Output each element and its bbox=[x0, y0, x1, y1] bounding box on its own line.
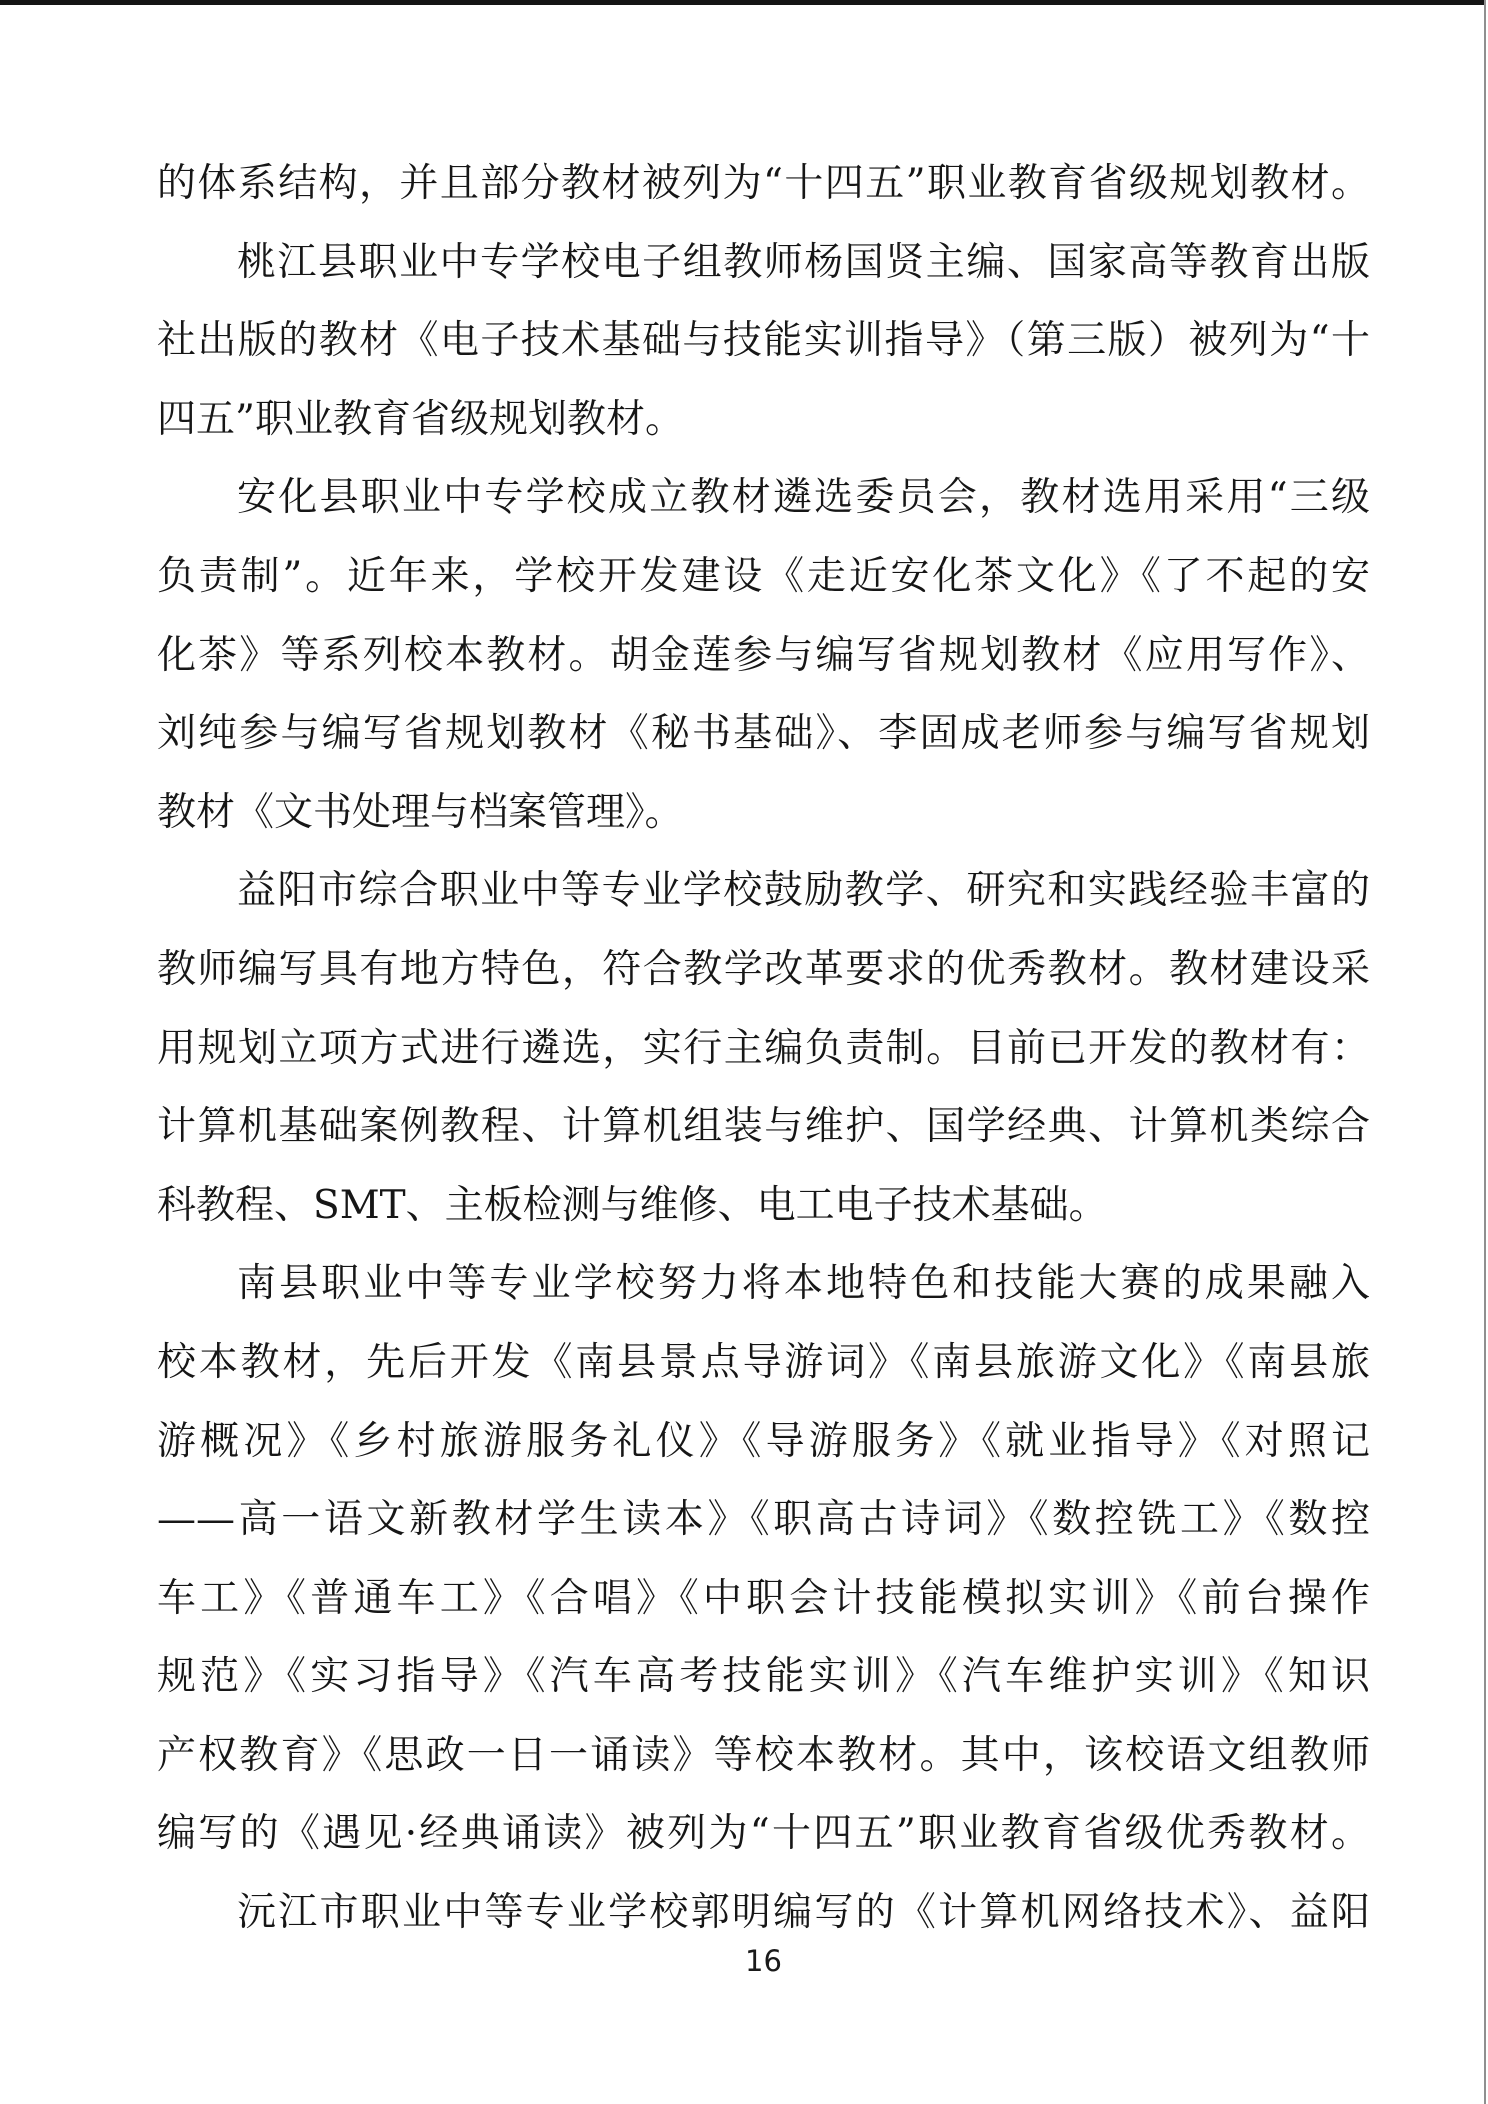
text-line: 计算机基础案例教程、计算机组装与维护、国学经典、计算机类综合 bbox=[157, 1088, 1370, 1167]
text-line: 校本教材，先后开发《南县景点导游词》《南县旅游文化》《南县旅 bbox=[157, 1324, 1370, 1403]
text-line: 车工》《普通车工》《合唱》《中职会计技能模拟实训》《前台操作 bbox=[157, 1560, 1370, 1639]
text-line: 的体系结构，并且部分教材被列为“十四五”职业教育省级规划教材。 bbox=[157, 145, 1370, 224]
text-line: 化茶》等系列校本教材。胡金莲参与编写省规划教材《应用写作》、 bbox=[157, 617, 1370, 696]
text-line: 产权教育》《思政一日一诵读》等校本教材。其中，该校语文组教师 bbox=[157, 1717, 1370, 1796]
text-line: 游概况》《乡村旅游服务礼仪》《导游服务》《就业指导》《对照记 bbox=[157, 1403, 1370, 1482]
paragraph: 桃江县职业中专学校电子组教师杨国贤主编、国家高等教育出版社出版的教材《电子技术基… bbox=[157, 224, 1370, 460]
text-line: 益阳市综合职业中等专业学校鼓励教学、研究和实践经验丰富的 bbox=[157, 852, 1370, 931]
text-line: 刘纯参与编写省规划教材《秘书基础》、李固成老师参与编写省规划 bbox=[157, 695, 1370, 774]
text-line: 规范》《实习指导》《汽车高考技能实训》《汽车维护实训》《知识 bbox=[157, 1638, 1370, 1717]
text-line: 科教程、SMT、主板检测与维修、电工电子技术基础。 bbox=[157, 1167, 1370, 1246]
document-body: 的体系结构，并且部分教材被列为“十四五”职业教育省级规划教材。桃江县职业中专学校… bbox=[157, 145, 1370, 1953]
text-line: 教师编写具有地方特色，符合教学改革要求的优秀教材。教材建设采 bbox=[157, 931, 1370, 1010]
text-line: 南县职业中等专业学校努力将本地特色和技能大赛的成果融入 bbox=[157, 1245, 1370, 1324]
text-line: 教材《文书处理与档案管理》。 bbox=[157, 774, 1370, 853]
text-line: 沅江市职业中等专业学校郭明编写的《计算机网络技术》、益阳 bbox=[157, 1874, 1370, 1953]
paragraph: 南县职业中等专业学校努力将本地特色和技能大赛的成果融入校本教材，先后开发《南县景… bbox=[157, 1245, 1370, 1874]
paragraph: 益阳市综合职业中等专业学校鼓励教学、研究和实践经验丰富的教师编写具有地方特色，符… bbox=[157, 852, 1370, 1245]
top-border-bar bbox=[0, 0, 1486, 5]
text-line: 社出版的教材《电子技术基础与技能实训指导》（第三版）被列为“十 bbox=[157, 302, 1370, 381]
paragraph: 的体系结构，并且部分教材被列为“十四五”职业教育省级规划教材。 bbox=[157, 145, 1370, 224]
paragraph: 沅江市职业中等专业学校郭明编写的《计算机网络技术》、益阳 bbox=[157, 1874, 1370, 1953]
text-line: 桃江县职业中专学校电子组教师杨国贤主编、国家高等教育出版 bbox=[157, 224, 1370, 303]
paragraph: 安化县职业中专学校成立教材遴选委员会，教材选用采用“三级负责制”。近年来，学校开… bbox=[157, 459, 1370, 852]
page-right-edge-line bbox=[1484, 0, 1486, 2104]
text-line: 四五”职业教育省级规划教材。 bbox=[157, 381, 1370, 460]
text-line: ——高一语文新教材学生读本》《职高古诗词》《数控铣工》《数控 bbox=[157, 1481, 1370, 1560]
text-line: 用规划立项方式进行遴选，实行主编负责制。目前已开发的教材有： bbox=[157, 1010, 1370, 1089]
text-line: 编写的《遇见·经典诵读》被列为“十四五”职业教育省级优秀教材。 bbox=[157, 1795, 1370, 1874]
page-number: 16 bbox=[157, 1944, 1370, 1978]
text-line: 负责制”。近年来，学校开发建设《走近安化茶文化》《了不起的安 bbox=[157, 538, 1370, 617]
text-line: 安化县职业中专学校成立教材遴选委员会，教材选用采用“三级 bbox=[157, 459, 1370, 538]
